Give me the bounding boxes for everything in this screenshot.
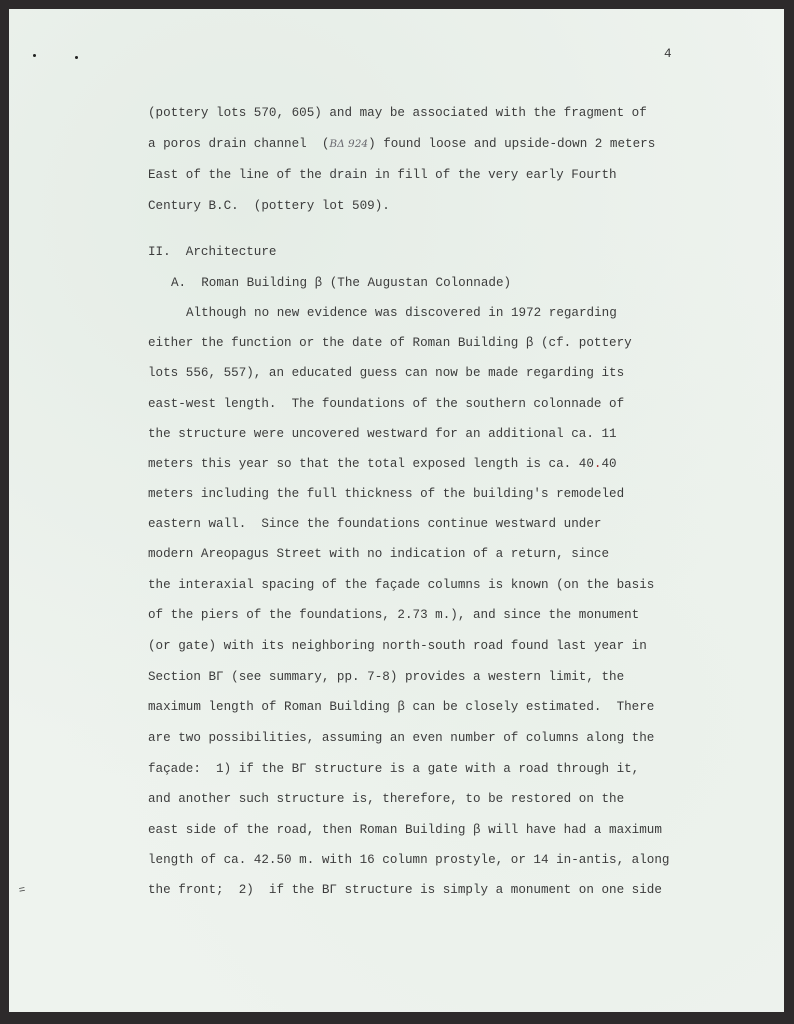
punch-mark (33, 54, 36, 57)
text-line: either the function or the date of Roman… (148, 335, 632, 351)
text-line: Although no new evidence was discovered … (186, 305, 617, 321)
margin-mark: = (18, 885, 27, 898)
text-line: eastern wall. Since the foundations cont… (148, 516, 601, 532)
text-line: lots 556, 557), an educated guess can no… (148, 365, 624, 381)
text-line: the front; 2) if the BΓ structure is sim… (148, 882, 662, 898)
text-line: Century B.C. (pottery lot 509). (148, 198, 390, 214)
text-line: a poros drain channel (BΔ 924) found loo… (148, 136, 655, 152)
text-line: of the piers of the foundations, 2.73 m.… (148, 607, 639, 623)
text-line: meters including the full thickness of t… (148, 486, 624, 502)
text-line: meters this year so that the total expos… (148, 456, 617, 472)
text-line: east side of the road, then Roman Buildi… (148, 822, 662, 838)
text-line: (or gate) with its neighboring north-sou… (148, 638, 647, 654)
text-line: (pottery lots 570, 605) and may be assoc… (148, 105, 647, 121)
text-fragment: meters this year so that the total expos… (148, 457, 594, 471)
text-line: and another such structure is, therefore… (148, 791, 624, 807)
subsection-heading: A. Roman Building β (The Augustan Colonn… (171, 275, 511, 291)
handwritten-annotation: BΔ 924 (329, 138, 368, 150)
text-fragment: ) found loose and upside-down 2 meters (368, 137, 655, 151)
text-line: east-west length. The foundations of the… (148, 396, 624, 412)
text-line: modern Areopagus Street with no indicati… (148, 546, 609, 562)
text-line: length of ca. 42.50 m. with 16 column pr… (148, 852, 669, 868)
document-page: 4 = (pottery lots 570, 605) and may be a… (9, 9, 784, 1012)
text-fragment: 40 (601, 457, 616, 471)
page-number: 4 (664, 47, 672, 61)
text-line: are two possibilities, assuming an even … (148, 730, 654, 746)
text-line: East of the line of the drain in fill of… (148, 167, 617, 183)
text-line: maximum length of Roman Building β can b… (148, 699, 654, 715)
text-fragment: a poros drain channel ( (148, 137, 329, 151)
text-line: the interaxial spacing of the façade col… (148, 577, 654, 593)
text-line: Section BΓ (see summary, pp. 7-8) provid… (148, 669, 624, 685)
punch-mark (75, 56, 78, 59)
text-line: the structure were uncovered westward fo… (148, 426, 617, 442)
text-line: façade: 1) if the BΓ structure is a gate… (148, 761, 639, 777)
section-heading: II. Architecture (148, 244, 276, 260)
